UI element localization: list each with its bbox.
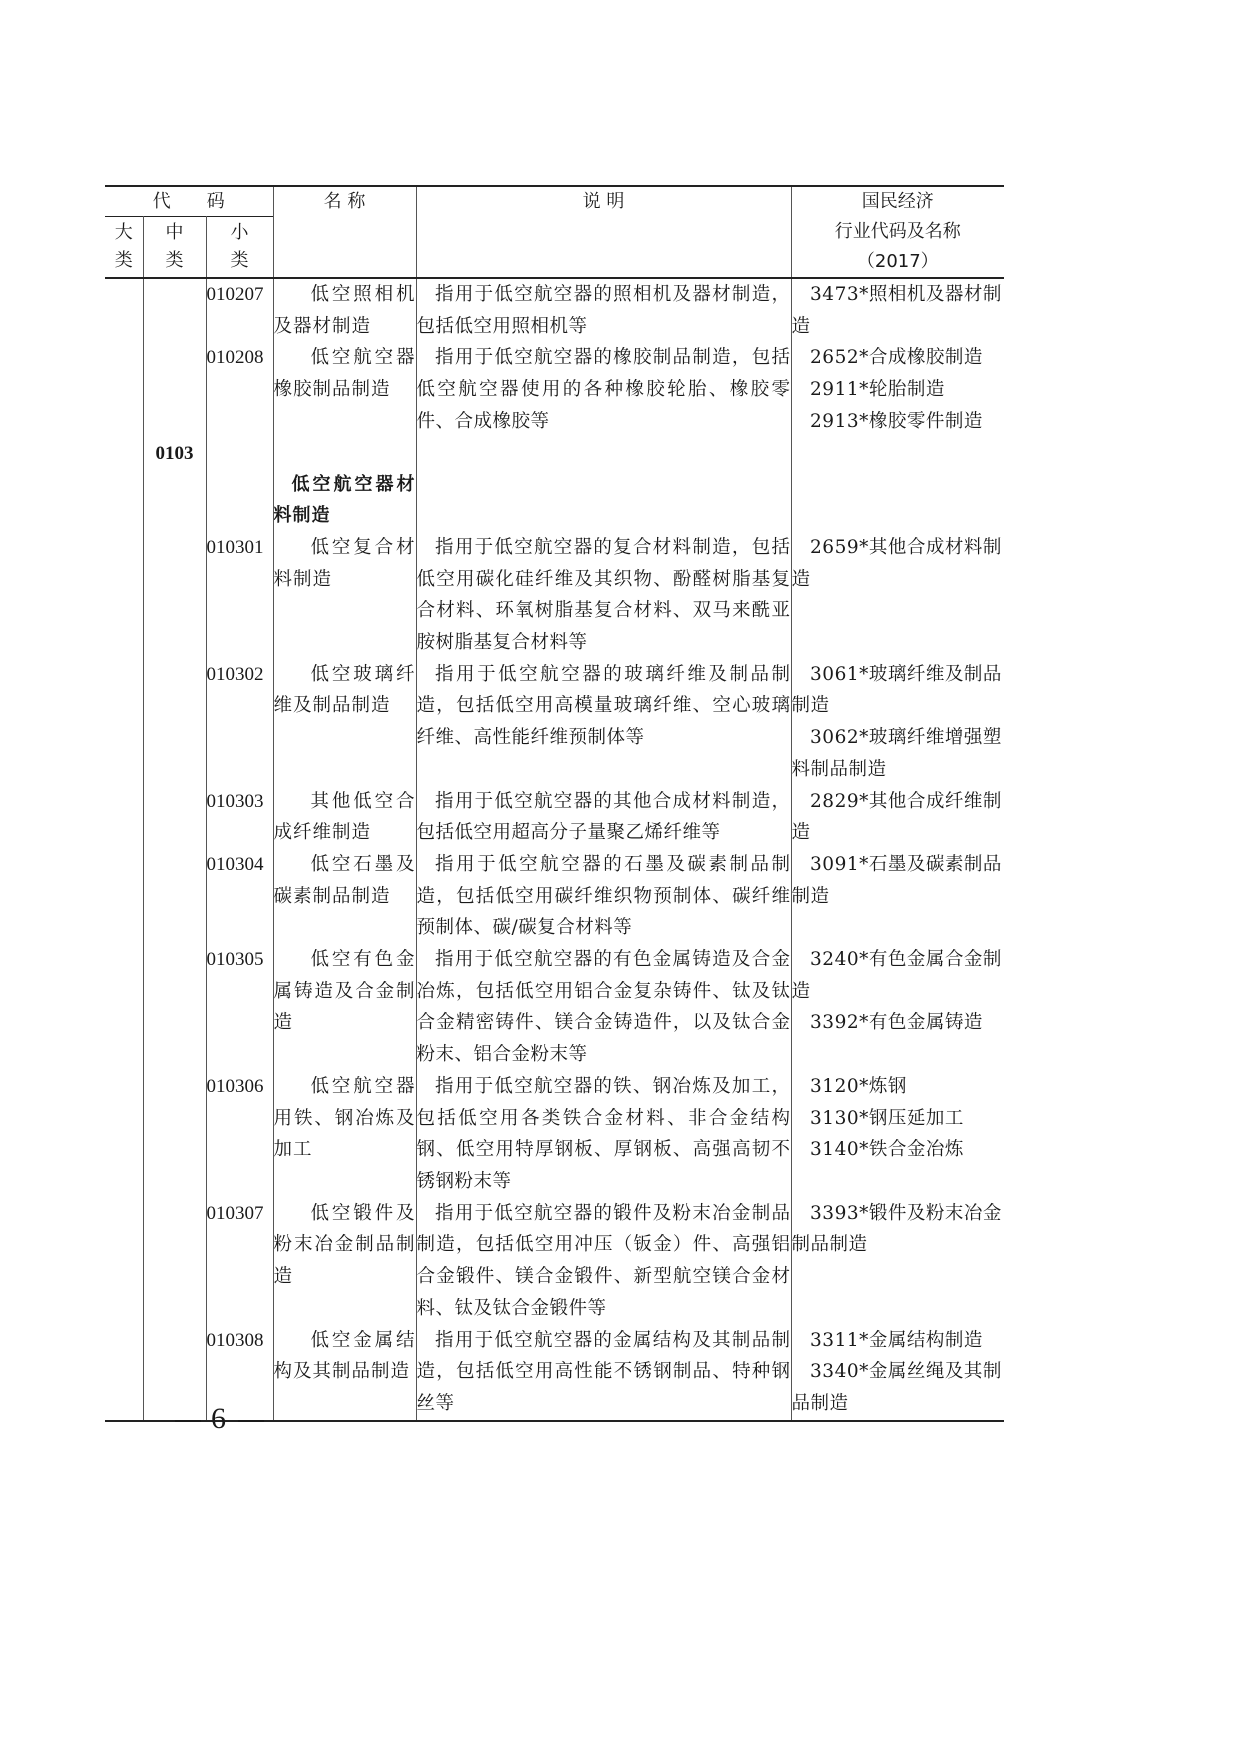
table-row: 010302低空玻璃纤维及制品制造指用于低空航空器的玻璃纤维及制品制造，包括低空… [105,659,1004,786]
industry-code-entry: 2829*其他合成纤维制造 [792,786,1005,849]
middle-code [143,659,206,786]
category-name: 其他低空合成纤维制造 [273,786,416,849]
major-code [105,532,143,659]
category-description: 指用于低空航空器的石墨及碳素制品制造，包括低空用碳纤维织物预制体、碳纤维预制体、… [416,849,791,944]
major-code [105,1071,143,1198]
industry-code-entry: 3392*有色金属铸造 [792,1007,1005,1039]
industry-code-entry: 3393*锻件及粉末冶金制品制造 [792,1198,1005,1261]
industry-code-entry: 3140*铁合金冶炼 [792,1134,1005,1166]
category-name: 低空航空器用铁、钢冶炼及加工 [273,1071,416,1198]
middle-code [143,342,206,437]
category-description: 指用于低空航空器的橡胶制品制造，包括低空航空器使用的各种橡胶轮胎、橡胶零件、合成… [416,342,791,437]
industry-codes: 2829*其他合成纤维制造 [791,786,1004,849]
header-minor: 小类 [206,217,273,279]
table-row: 010306低空航空器用铁、钢冶炼及加工指用于低空航空器的铁、钢冶炼及加工，包括… [105,1071,1004,1198]
category-description: 指用于低空航空器的复合材料制造，包括低空用碳化硅纤维及其织物、酚醛树脂基复合材料… [416,532,791,659]
document-page: 代 码 名 称 说 明 国民经济 行业代码及名称 （2017） 大类 中类 小类… [0,0,1240,1753]
middle-code [143,1198,206,1325]
table-row: 010207低空照相机及器材制造指用于低空航空器的照相机及器材制造，包括低空用照… [105,278,1004,342]
category-name: 低空照相机及器材制造 [273,278,416,342]
minor-code [206,438,273,532]
table-body: 010207低空照相机及器材制造指用于低空航空器的照相机及器材制造，包括低空用照… [105,278,1004,1421]
industry-code-entry: 3240*有色金属合金制造 [792,944,1005,1007]
category-description: 指用于低空航空器的铁、钢冶炼及加工，包括低空用各类铁合金材料、非合金结构钢、低空… [416,1071,791,1198]
industry-codes: 3473*照相机及器材制造 [791,278,1004,342]
industry-code-entry: 3340*金属丝绳及其制品制造 [792,1356,1005,1419]
major-code [105,438,143,532]
industry-code-entry: 3120*炼钢 [792,1071,1005,1103]
major-code [105,849,143,944]
minor-code: 010306 [206,1071,273,1198]
header-middle: 中类 [143,217,206,279]
header-major: 大类 [105,217,143,279]
major-code [105,944,143,1071]
header-minor-label: 小类 [230,219,250,275]
header-middle-label: 中类 [165,219,185,275]
category-description [416,438,791,532]
footer-dash-right [238,1420,264,1422]
minor-code: 010304 [206,849,273,944]
industry-code-entry: 3062*玻璃纤维增强塑料制品制造 [792,722,1005,785]
major-code [105,278,143,342]
minor-code: 010302 [206,659,273,786]
table-row: 0103低空航空器材料制造 [105,438,1004,532]
industry-code-entry: 3473*照相机及器材制造 [792,279,1005,342]
category-name: 低空石墨及碳素制品制造 [273,849,416,944]
header-industry-line2: 行业代码及名称 [792,217,1005,247]
middle-code [143,944,206,1071]
industry-codes: 3311*金属结构制造3340*金属丝绳及其制品制造 [791,1325,1004,1421]
category-description: 指用于低空航空器的玻璃纤维及制品制造，包括低空用高模量玻璃纤维、空心玻璃纤维、高… [416,659,791,786]
category-description: 指用于低空航空器的其他合成材料制造，包括低空用超高分子量聚乙烯纤维等 [416,786,791,849]
header-description: 说 明 [416,186,791,278]
category-description: 指用于低空航空器的照相机及器材制造，包括低空用照相机等 [416,278,791,342]
minor-code: 010301 [206,532,273,659]
table-row: 010305低空有色金属铸造及合金制造指用于低空航空器的有色金属铸造及合金冶炼，… [105,944,1004,1071]
industry-code-entry: 3091*石墨及碳素制品制造 [792,849,1005,912]
table-row: 010301低空复合材料制造指用于低空航空器的复合材料制造，包括低空用碳化硅纤维… [105,532,1004,659]
page-footer: 6 [165,1402,274,1436]
industry-codes: 2659*其他合成材料制造 [791,532,1004,659]
minor-code: 010207 [206,278,273,342]
header-major-label: 大类 [114,219,134,275]
category-description: 指用于低空航空器的有色金属铸造及合金冶炼，包括低空用铝合金复杂铸件、钛及钛合金精… [416,944,791,1071]
industry-code-entry: 3130*钢压延加工 [792,1103,1005,1135]
middle-code [143,786,206,849]
header-code-group: 代 码 [105,186,273,217]
category-name: 低空玻璃纤维及制品制造 [273,659,416,786]
industry-code-entry: 2652*合成橡胶制造 [792,342,1005,374]
category-name: 低空金属结构及其制品制造 [273,1325,416,1421]
table-row: 010307低空锻件及粉末冶金制品制造指用于低空航空器的锻件及粉末冶金制品制造，… [105,1198,1004,1325]
industry-codes: 3120*炼钢3130*钢压延加工3140*铁合金冶炼 [791,1071,1004,1198]
industry-code-entry: 2659*其他合成材料制造 [792,532,1005,595]
category-description: 指用于低空航空器的锻件及粉末冶金制品制造，包括低空用冲压（钣金）件、高强铝合金锻… [416,1198,791,1325]
header-industry-line3: （2017） [792,247,1005,277]
category-description: 指用于低空航空器的金属结构及其制品制造，包括低空用高性能不锈钢制品、特种钢丝等 [416,1325,791,1421]
industry-codes: 3061*玻璃纤维及制品制造3062*玻璃纤维增强塑料制品制造 [791,659,1004,786]
classification-table: 代 码 名 称 说 明 国民经济 行业代码及名称 （2017） 大类 中类 小类… [105,185,1004,1422]
table-row: 010208低空航空器橡胶制品制造指用于低空航空器的橡胶制品制造，包括低空航空器… [105,342,1004,437]
middle-code [143,532,206,659]
industry-codes: 2652*合成橡胶制造2911*轮胎制造2913*橡胶零件制造 [791,342,1004,437]
major-code [105,342,143,437]
minor-code: 010305 [206,944,273,1071]
table-row: 010304低空石墨及碳素制品制造指用于低空航空器的石墨及碳素制品制造，包括低空… [105,849,1004,944]
industry-codes: 3091*石墨及碳素制品制造 [791,849,1004,944]
major-code [105,786,143,849]
header-name: 名 称 [273,186,416,278]
header-industry-line1: 国民经济 [792,187,1005,217]
category-name: 低空航空器材料制造 [273,438,416,532]
middle-code [143,278,206,342]
middle-code [143,849,206,944]
middle-code [143,1071,206,1198]
industry-code-entry: 3311*金属结构制造 [792,1325,1005,1357]
industry-code-entry: 2911*轮胎制造 [792,374,1005,406]
table-row: 010303其他低空合成纤维制造指用于低空航空器的其他合成材料制造，包括低空用超… [105,786,1004,849]
category-name: 低空锻件及粉末冶金制品制造 [273,1198,416,1325]
industry-code-entry: 3061*玻璃纤维及制品制造 [792,659,1005,722]
minor-code: 010307 [206,1198,273,1325]
major-code [105,1198,143,1325]
header-industry: 国民经济 行业代码及名称 （2017） [791,186,1004,278]
industry-codes [791,438,1004,532]
category-name: 低空有色金属铸造及合金制造 [273,944,416,1071]
major-code [105,1325,143,1421]
industry-codes: 3240*有色金属合金制造3392*有色金属铸造 [791,944,1004,1071]
table-header: 代 码 名 称 说 明 国民经济 行业代码及名称 （2017） 大类 中类 小类 [105,186,1004,278]
middle-code: 0103 [143,438,206,532]
industry-code-entry: 2913*橡胶零件制造 [792,406,1005,438]
footer-dash-left [175,1420,201,1422]
page-number: 6 [211,1402,228,1435]
minor-code: 010208 [206,342,273,437]
industry-codes: 3393*锻件及粉末冶金制品制造 [791,1198,1004,1325]
category-name: 低空复合材料制造 [273,532,416,659]
category-name: 低空航空器橡胶制品制造 [273,342,416,437]
minor-code: 010303 [206,786,273,849]
major-code [105,659,143,786]
